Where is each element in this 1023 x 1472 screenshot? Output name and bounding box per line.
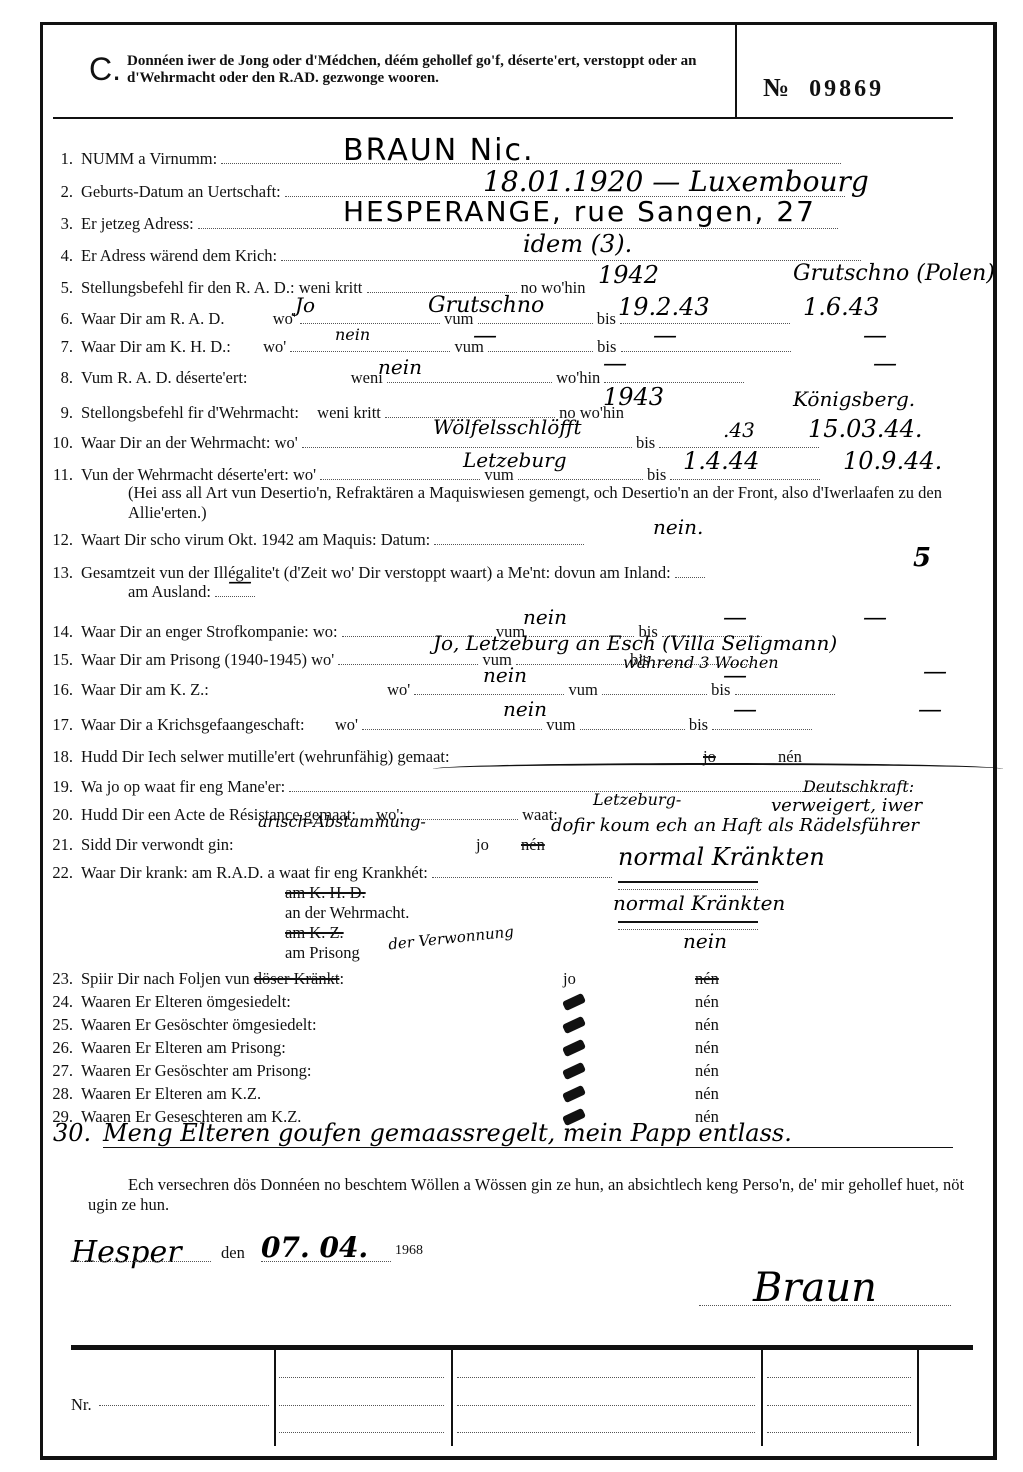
- den-label: den: [221, 1243, 245, 1263]
- q21-yes[interactable]: jo: [476, 835, 489, 855]
- q22-sub-wehrmacht: an der Wehrmacht.: [285, 903, 409, 923]
- scribble-mark: [562, 1039, 586, 1057]
- q16-sub-where: wo': [387, 680, 410, 699]
- q-number: 7.: [43, 337, 73, 357]
- q-number: 25.: [43, 1015, 73, 1035]
- q8-label: Vum R. A. D. déserte'ert:: [81, 368, 248, 387]
- date-field: [261, 1243, 391, 1262]
- q13-answer-abroad[interactable]: —: [228, 567, 252, 595]
- q26-yes[interactable]: [563, 1038, 585, 1058]
- q5-label: Stellungsbefehl fir den R. A. D.:: [81, 278, 295, 297]
- q24-row: 24.Waaren Er Elteren ömgesiedelt:: [43, 992, 291, 1012]
- table-field[interactable]: [457, 1432, 755, 1433]
- table-field[interactable]: [279, 1432, 444, 1433]
- q27-no[interactable]: nén: [695, 1061, 719, 1081]
- number-sign: №: [763, 73, 789, 102]
- q11-sub-where: wo': [293, 465, 316, 484]
- table-field[interactable]: [767, 1432, 911, 1433]
- q-number: 20.: [43, 805, 73, 825]
- q14-answer-from[interactable]: —: [723, 603, 747, 631]
- q10-answer-from[interactable]: .43: [723, 418, 755, 442]
- scribble-mark: [562, 993, 586, 1011]
- table-field[interactable]: [279, 1405, 444, 1406]
- q21-row: 21.Sidd Dir verwondt gin:: [43, 835, 234, 855]
- q17-sub-from: vum: [546, 715, 575, 734]
- q2-answer[interactable]: 18.01.1920 — Luxembourg: [483, 165, 869, 198]
- table-field[interactable]: [279, 1377, 444, 1378]
- q-number: 26.: [43, 1038, 73, 1058]
- q17-answer-to[interactable]: —: [918, 695, 942, 723]
- q16-answer-where[interactable]: nein: [483, 663, 527, 687]
- q-number: 15.: [43, 650, 73, 670]
- q12-answer[interactable]: nein.: [653, 515, 703, 539]
- q17-row: 17.Waar Dir a Krichsgefaangeschaft: wo' …: [43, 715, 812, 735]
- q30-answer[interactable]: Meng Elteren goufen gemaassregelt, mein …: [103, 1119, 953, 1148]
- q11-sub-to: bis: [647, 465, 666, 484]
- nr-field[interactable]: [99, 1405, 269, 1406]
- q14-answer-where[interactable]: nein: [523, 605, 567, 629]
- q-number: 10.: [43, 433, 73, 453]
- q19-label: Wa jo op waat fir eng Mane'er:: [81, 777, 285, 796]
- table-divider: [451, 1350, 453, 1446]
- q25-label: Waaren Er Gesöschter ömgesiedelt:: [81, 1015, 317, 1034]
- q23-label-struck: döser Kränkt: [254, 969, 340, 988]
- q8-answer-when[interactable]: —: [603, 349, 627, 377]
- q2-label: Geburts-Datum an Uertschaft:: [81, 182, 281, 201]
- q22-sub-prisong: am Prisong: [285, 943, 360, 963]
- q16-answer-from[interactable]: —: [723, 661, 747, 689]
- q7-answer-to[interactable]: —: [863, 321, 887, 349]
- scribble-mark: [562, 1085, 586, 1103]
- q8-prefix[interactable]: nein: [378, 355, 422, 379]
- q23-row: 23.Spiir Dir nach Foljen vun döser Kränk…: [43, 969, 344, 989]
- q-number: 12.: [43, 530, 73, 550]
- q-number: 14.: [43, 622, 73, 642]
- q-number: 19.: [43, 777, 73, 797]
- q21-no[interactable]: nén: [521, 835, 545, 855]
- q14-sub-where: wo:: [313, 622, 338, 641]
- q9-sub-when: weni kritt: [317, 403, 381, 422]
- q-number: 8.: [43, 368, 73, 388]
- q26-row: 26.Waaren Er Elteren am Prisong:: [43, 1038, 286, 1058]
- q7-answer-where[interactable]: —: [473, 321, 497, 349]
- q22-sub-khd: am K. H. D.: [285, 883, 366, 903]
- q16-answer-to[interactable]: —: [923, 657, 947, 685]
- q8-sub-where: wo'hin: [556, 368, 600, 387]
- table-field[interactable]: [457, 1377, 755, 1378]
- q25-no[interactable]: nén: [695, 1015, 719, 1035]
- q25-row: 25.Waaren Er Gesöschter ömgesiedelt:: [43, 1015, 317, 1035]
- q7-row: 7.Waar Dir am K. H. D.: wo' vum bis: [43, 337, 791, 357]
- place-field: [71, 1243, 211, 1262]
- form-header: C. Donnéen iwer de Jong oder d'Médchen, …: [43, 25, 993, 120]
- q-number: 28.: [43, 1084, 73, 1104]
- q-number: 4.: [43, 246, 73, 266]
- q23-yes[interactable]: jo: [563, 969, 576, 989]
- q5-answer-where[interactable]: Grutschno (Polen): [793, 261, 995, 286]
- q-number: 2.: [43, 182, 73, 202]
- q-number: 13.: [43, 563, 73, 583]
- q7-sub-where: wo': [263, 337, 286, 356]
- q23-label-end: :: [339, 969, 344, 988]
- form-title: Donnéen iwer de Jong oder d'Médchen, déé…: [127, 53, 717, 87]
- q9-label: Stellongsbefehl fir d'Wehrmacht:: [81, 403, 299, 422]
- table-divider: [274, 1350, 276, 1446]
- q13-label: Gesamtzeit vun der Illégalite't (d'Zeit …: [81, 563, 671, 582]
- scribble-mark: [562, 1062, 586, 1080]
- q3-label: Er jetzeg Adress:: [81, 214, 194, 233]
- q7-prefix[interactable]: nein: [335, 325, 370, 344]
- q28-label: Waaren Er Elteren am K.Z.: [81, 1084, 261, 1103]
- q23-label: Spiir Dir nach Foljen vun: [81, 969, 254, 988]
- q4-label: Er Adress wärend dem Krich:: [81, 246, 277, 265]
- q19-row: 19.Wa jo op waat fir eng Mane'er:: [43, 777, 889, 797]
- section-letter: C.: [89, 51, 121, 88]
- q16-row: 16.Waar Dir am K. Z.: wo' vum bis: [43, 680, 835, 700]
- q21-label: Sidd Dir verwondt gin:: [81, 835, 234, 854]
- q13-row: 13.Gesamtzeit vun der Illégalite't (d'Ze…: [43, 563, 705, 583]
- q7-answer-from[interactable]: —: [653, 321, 677, 349]
- q28-row: 28.Waaren Er Elteren am K.Z.: [43, 1084, 261, 1104]
- q6-answer-from[interactable]: 19.2.43: [618, 293, 710, 321]
- number-value: 09869: [809, 76, 884, 102]
- q-number: 17.: [43, 715, 73, 735]
- q19-answer-wave[interactable]: [433, 763, 1003, 775]
- q4-row: 4.Er Adress wärend dem Krich:: [43, 246, 861, 266]
- q16-sub-from: vum: [569, 680, 598, 699]
- q1-label: NUMM a Virnumm:: [81, 149, 217, 168]
- q30-number: 30.: [53, 1119, 91, 1147]
- q10-label: Waar Dir an der Wehrmacht:: [81, 433, 270, 452]
- q11-answer-to[interactable]: 10.9.44.: [843, 447, 942, 475]
- q13-abroad-label: am Ausland:: [128, 582, 211, 601]
- q-number: 3.: [43, 214, 73, 234]
- q28-no[interactable]: nén: [695, 1084, 719, 1104]
- q3-answer[interactable]: HESPERANGE, rue Sangen, 27: [343, 195, 816, 228]
- q5-answer-when[interactable]: 1942: [598, 261, 659, 289]
- q20-answer-above[interactable]: Deutschkraft:: [803, 777, 914, 796]
- q15-answer-duration[interactable]: während 3 Wochen: [623, 653, 779, 672]
- q16-label: Waar Dir am K. Z.:: [81, 680, 209, 699]
- q15-label: Waar Dir am Prisong (1940-1945): [81, 650, 307, 669]
- q-number: 23.: [43, 969, 73, 989]
- nr-label: Nr.: [71, 1395, 92, 1415]
- no-label: nén: [695, 969, 719, 988]
- q10-answer-where[interactable]: Wölfelsschlöfft: [433, 415, 582, 439]
- form-page: C. Donnéen iwer de Jong oder d'Médchen, …: [40, 22, 997, 1460]
- no-label: nén: [521, 835, 545, 854]
- q12-label: Waart Dir scho virum Okt. 1942 am Maquis…: [81, 530, 430, 549]
- header-divider: [735, 25, 737, 117]
- declaration-text: Ech versechren dös Donnéen no beschtem W…: [88, 1175, 968, 1215]
- q11-note: (Hei ass all Art vun Desertio'n, Refrakt…: [128, 483, 958, 523]
- q22-answer[interactable]: normal Kränkten: [618, 843, 825, 871]
- q18-label: Hudd Dir Iech selwer mutille'ert (wehrun…: [81, 747, 450, 766]
- q24-no[interactable]: nén: [695, 992, 719, 1012]
- q14-answer-to[interactable]: —: [863, 603, 887, 631]
- q22-sub-kz: am K. Z.: [285, 923, 344, 943]
- q20-answer-where[interactable]: Letzeburg-: [593, 790, 681, 809]
- q11-answer-from[interactable]: 1.4.44: [683, 447, 759, 475]
- q23-no[interactable]: nén: [695, 969, 719, 989]
- q6-answer-where[interactable]: Grutschno: [428, 293, 544, 318]
- q20-answer-what[interactable]: verweigert, iwer: [771, 795, 922, 816]
- q18-row: 18.Hudd Dir Iech selwer mutille'ert (weh…: [43, 747, 450, 767]
- q9-answer-when[interactable]: 1943: [603, 383, 664, 411]
- q1-answer[interactable]: BRAUN Nic.: [343, 133, 534, 168]
- q-number: 16.: [43, 680, 73, 700]
- signature[interactable]: Braun: [753, 1265, 877, 1311]
- q17-label: Waar Dir a Krichsgefaangeschaft:: [81, 715, 305, 734]
- q27-yes[interactable]: [563, 1061, 585, 1081]
- q12-row: 12.Waart Dir scho virum Okt. 1942 am Maq…: [43, 530, 584, 550]
- q11-label: Vun der Wehrmacht déserte'ert:: [81, 465, 289, 484]
- q24-yes[interactable]: [563, 992, 585, 1012]
- q22-label: Waar Dir krank: am R.A.D. a waat fir eng…: [81, 863, 428, 882]
- q-number: 1.: [43, 149, 73, 169]
- q17-answer-from[interactable]: —: [733, 695, 757, 723]
- q17-sub-where: wo': [335, 715, 358, 734]
- q22-row: 22.Waar Dir krank: am R.A.D. a waat fir …: [43, 863, 612, 883]
- q27-label: Waaren Er Gesöschter am Prisong:: [81, 1061, 312, 1080]
- q-number: 21.: [43, 835, 73, 855]
- office-use-table: Nr.: [71, 1345, 973, 1450]
- q6-answer-to[interactable]: 1.6.43: [803, 293, 879, 321]
- q22-sub-prisong-note[interactable]: der Verwonnung: [387, 922, 514, 953]
- q9-answer-where[interactable]: Königsberg.: [793, 387, 915, 411]
- form-number: №09869: [763, 73, 884, 103]
- q15-sub-where: wo': [311, 650, 334, 669]
- q-number: 18.: [43, 747, 73, 767]
- q6-prefix[interactable]: Jo: [295, 293, 315, 317]
- table-divider: [761, 1350, 763, 1446]
- q24-label: Waaren Er Elteren ömgesiedelt:: [81, 992, 291, 1011]
- q22-sub-wehrmacht-answer[interactable]: normal Kränkten: [613, 891, 785, 915]
- q6-label: Waar Dir am R. A. D.: [81, 309, 224, 328]
- q22-sub-khd-answer[interactable]: [618, 881, 758, 890]
- q-number: 9.: [43, 403, 73, 423]
- q14-label: Waar Dir an enger Strofkompanie:: [81, 622, 309, 641]
- table-divider: [917, 1350, 919, 1446]
- q28-yes[interactable]: [563, 1084, 585, 1104]
- scribble-mark: [562, 1016, 586, 1034]
- table-field[interactable]: [767, 1405, 911, 1406]
- q10-sub-to: bis: [636, 433, 655, 452]
- table-field[interactable]: [457, 1405, 755, 1406]
- q-number: 22.: [43, 863, 73, 883]
- q21-answer-above[interactable]: arisch-Abstammung-: [258, 812, 426, 831]
- q22-sub-prisong-answer[interactable]: nein: [683, 929, 727, 953]
- q6-sub-to: bis: [597, 309, 616, 328]
- q10-sub-where: wo': [275, 433, 298, 452]
- q21-answer[interactable]: dofir koum ech an Haft als Rädelsführer: [551, 815, 919, 836]
- q-number: 6.: [43, 309, 73, 329]
- q4-answer[interactable]: idem (3).: [523, 230, 632, 258]
- q13-answer-inland[interactable]: 5: [913, 543, 931, 573]
- q-number: 27.: [43, 1061, 73, 1081]
- q-number: 11.: [43, 465, 73, 485]
- q8-answer-where[interactable]: —: [873, 349, 897, 377]
- q15-answer-where[interactable]: Jo, Letzeburg an Esch (Villa Seligmann): [433, 631, 837, 655]
- q26-label: Waaren Er Elteren am Prisong:: [81, 1038, 286, 1057]
- q11-answer-where[interactable]: Letzeburg: [463, 448, 567, 472]
- q-number: 5.: [43, 278, 73, 298]
- q26-no[interactable]: nén: [695, 1038, 719, 1058]
- header-rule: [53, 117, 953, 119]
- q25-yes[interactable]: [563, 1015, 585, 1035]
- q10-answer-to[interactable]: 15.03.44.: [808, 415, 923, 443]
- year-label: 1968: [395, 1243, 423, 1259]
- q-number: 24.: [43, 992, 73, 1012]
- q17-answer-where[interactable]: nein: [503, 697, 547, 721]
- q27-row: 27.Waaren Er Gesöschter am Prisong:: [43, 1061, 312, 1081]
- q7-label: Waar Dir am K. H. D.:: [81, 337, 231, 356]
- q6-sub-where: wo': [273, 309, 296, 328]
- q17-sub-to: bis: [689, 715, 708, 734]
- table-field[interactable]: [767, 1377, 911, 1378]
